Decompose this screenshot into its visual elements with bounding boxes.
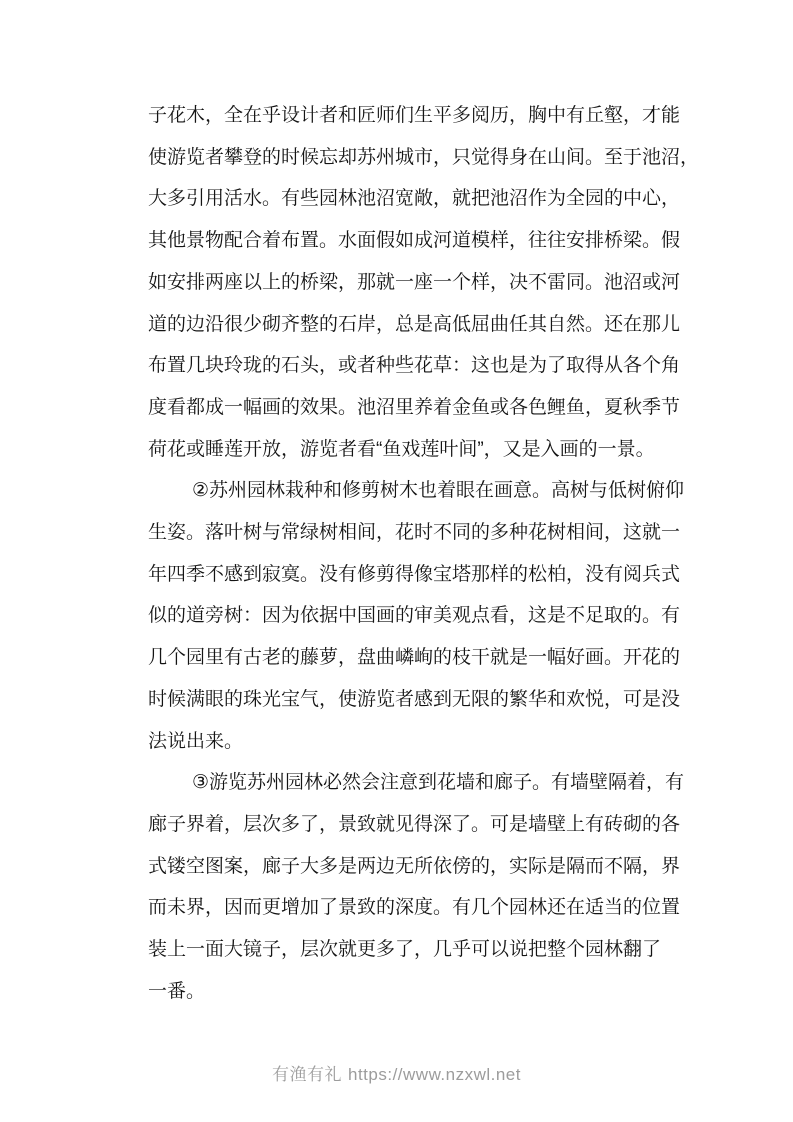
text-line: 其他景物配合着布置。水面假如成河道模样，往往安排桥梁。假	[148, 220, 688, 262]
text-line: 使游览者攀登的时候忘却苏州城市，只觉得身在山间。至于池沼，	[148, 137, 688, 179]
text-line: 而未界，因而更增加了景致的深度。有几个园林还在适当的位置	[148, 887, 688, 929]
text-line: 年四季不感到寂寞。没有修剪得像宝塔那样的松柏，没有阅兵式	[148, 554, 688, 596]
text-line: 子花木，全在乎设计者和匠师们生平多阅历，胸中有丘壑，才能	[148, 95, 688, 137]
text-line: 几个园里有古老的藤萝，盘曲嶙峋的枝干就是一幅好画。开花的	[148, 637, 688, 679]
text-line: 度看都成一幅画的效果。池沼里养着金鱼或各色鲤鱼，夏秋季节	[148, 387, 688, 429]
text-line: 生姿。落叶树与常绿树相间，花时不同的多种花树相间，这就一	[148, 512, 688, 554]
text-line: 荷花或睡莲开放，游览者看“鱼戏莲叶间”，又是入画的一景。	[148, 429, 688, 471]
text-line: 时候满眼的珠光宝气，使游览者感到无限的繁华和欢悦，可是没	[148, 679, 688, 721]
footer-site-name: 有渔有礼	[272, 1065, 342, 1084]
document-page: 子花木，全在乎设计者和匠师们生平多阅历，胸中有丘壑，才能 使游览者攀登的时候忘却…	[0, 0, 793, 1122]
text-line: ③游览苏州园林必然会注意到花墙和廊子。有墙壁隔着，有	[148, 762, 688, 804]
paragraph-3: ③游览苏州园林必然会注意到花墙和廊子。有墙壁隔着，有 廊子界着，层次多了，景致就…	[148, 762, 688, 1012]
text-line: 如安排两座以上的桥梁，那就一座一个样，决不雷同。池沼或河	[148, 262, 688, 304]
paragraph-1-continuation: 子花木，全在乎设计者和匠师们生平多阅历，胸中有丘壑，才能 使游览者攀登的时候忘却…	[148, 95, 688, 470]
document-body: 子花木，全在乎设计者和匠师们生平多阅历，胸中有丘壑，才能 使游览者攀登的时候忘却…	[148, 95, 688, 1012]
text-line: 法说出来。	[148, 721, 688, 763]
text-line: 似的道旁树：因为依据中国画的审美观点看，这是不足取的。有	[148, 595, 688, 637]
text-line: 装上一面大镜子，层次就更多了，几乎可以说把整个园林翻了	[148, 929, 688, 971]
text-line: 布置几块玲珑的石头，或者种些花草：这也是为了取得从各个角	[148, 345, 688, 387]
text-line: 廊子界着，层次多了，景致就见得深了。可是墙壁上有砖砌的各	[148, 804, 688, 846]
text-line: 道的边沿很少砌齐整的石岸，总是高低屈曲任其自然。还在那儿	[148, 304, 688, 346]
text-line: 式镂空图案，廊子大多是两边无所依傍的，实际是隔而不隔，界	[148, 846, 688, 888]
footer-url: https://www.nzxwl.net	[348, 1065, 521, 1084]
page-footer: 有渔有礼https://www.nzxwl.net	[0, 1062, 793, 1088]
paragraph-2: ②苏州园林栽种和修剪树木也着眼在画意。高树与低树俯仰 生姿。落叶树与常绿树相间，…	[148, 470, 688, 762]
text-line: ②苏州园林栽种和修剪树木也着眼在画意。高树与低树俯仰	[148, 470, 688, 512]
text-line: 一番。	[148, 971, 688, 1013]
text-line: 大多引用活水。有些园林池沼宽敞，就把池沼作为全园的中心，	[148, 178, 688, 220]
